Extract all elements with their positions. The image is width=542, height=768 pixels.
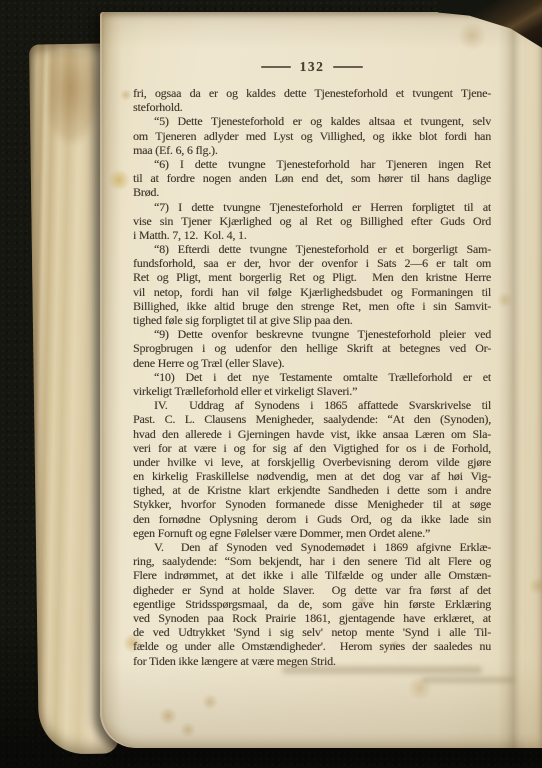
text-line: vil netop, fordi han vil følge Kjærlighe… bbox=[133, 285, 491, 299]
text-line: egentlige Stridsspørgsmaal, da de, som g… bbox=[133, 597, 491, 611]
page-number: 132 bbox=[300, 59, 325, 75]
text-line: veri for at være i og for sig af den Vig… bbox=[133, 441, 491, 455]
page-header: 132 bbox=[133, 58, 491, 76]
text-line: vise sin Tjener Kjærlighed og al Ret og … bbox=[133, 214, 491, 228]
text-line: “10) Det i det nye Testamente omtalte Tr… bbox=[133, 370, 491, 384]
text-line: Sprogbrugen i og udenfor den hellige Skr… bbox=[133, 341, 491, 355]
text-line: fælde og under alle Omstændigheder'. Her… bbox=[133, 639, 491, 653]
text-line: de ved Udtrykket 'Synd i sig selv' netop… bbox=[133, 625, 491, 639]
page-fold-shadow bbox=[498, 12, 526, 748]
page-text: fri, ogsaa da er og kaldes dette Tjenest… bbox=[133, 86, 491, 668]
text-line: tighed føle sig forpligtet til at give S… bbox=[133, 313, 491, 327]
text-line: “5) Dette Tjenesteforhold er og kaldes a… bbox=[133, 114, 491, 128]
text-line: Billighed, ikke altid bruge den strenge … bbox=[133, 299, 491, 313]
book-page: 132 fri, ogsaa da er og kaldes dette Tje… bbox=[100, 12, 542, 748]
text-line: ring, saalydende: “Som bekjendt, har i d… bbox=[133, 554, 491, 568]
text-line: til at fordre nogen anden Løn end det, s… bbox=[133, 171, 491, 185]
text-line: om Tjeneren adlyder med Lyst og Villighe… bbox=[133, 129, 491, 143]
text-line: digheder er Synd at holde Slaver. Og det… bbox=[133, 583, 491, 597]
text-line: “7) I dette tvungne Tjenesteforhold er H… bbox=[133, 200, 491, 214]
text-line: ved Synoden paa Rock Prairie 1861, gjent… bbox=[133, 611, 491, 625]
text-line: Past. C. L. Clausens Menigheder, saalyde… bbox=[133, 412, 491, 426]
text-line: Brød. bbox=[133, 185, 491, 199]
text-line: egen Fornuft og egne Følelser være Domme… bbox=[133, 526, 491, 540]
paper-stain-smear bbox=[48, 52, 100, 144]
text-line: “9) Dette ovenfor beskrevne tvungne Tjen… bbox=[133, 327, 491, 341]
text-line: steforhold. bbox=[133, 100, 491, 114]
book-photograph: { "document": { "type": "scanned-book-pa… bbox=[0, 0, 542, 768]
text-line: V. Den af Synoden ved Synodemødet i 1869… bbox=[133, 540, 491, 554]
text-line: fri, ogsaa da er og kaldes dette Tjenest… bbox=[133, 86, 491, 100]
header-rule-right bbox=[333, 66, 363, 68]
text-line: en kirkelig Fraskillelse nødvendig, men … bbox=[133, 469, 491, 483]
text-line: Flere indrømmet, at det ikke i alle Tilf… bbox=[133, 568, 491, 582]
text-line: “6) I dette tvungne Tjenesteforhold har … bbox=[133, 157, 491, 171]
text-line: den fornødne Oplysning derom i Guds Ord,… bbox=[133, 512, 491, 526]
text-line: hvad den allerede i Gjerningen havde vis… bbox=[133, 427, 491, 441]
text-line: Ret og Pligt, ment borgerlig Ret og Plig… bbox=[133, 270, 491, 284]
text-line: under hvilke vi leve, at forskjellig Ove… bbox=[133, 455, 491, 469]
text-line: Stykker, hvorfor Synoden formanede disse… bbox=[133, 497, 491, 511]
text-line: i Matth. 7, 12. Kol. 4, 1. bbox=[133, 228, 491, 242]
header-rule-left bbox=[261, 66, 291, 68]
text-line: tighed, at de Kristne klart erkjendte Sa… bbox=[133, 483, 491, 497]
adjacent-page-edge bbox=[524, 12, 542, 748]
text-line: virkeligt Trælleforhold eller et virkeli… bbox=[133, 384, 491, 398]
text-line: maa (Ef. 6, 6 flg.). bbox=[133, 143, 491, 157]
text-line: IV. Uddrag af Synodens i 1865 affattede … bbox=[133, 398, 491, 412]
ink-bleed-through bbox=[282, 666, 482, 674]
text-line: “8) Efterdi dette tvungne Tjenesteforhol… bbox=[133, 242, 491, 256]
ink-bleed-through bbox=[422, 677, 514, 683]
text-line: dene Herre og Træl (eller Slave). bbox=[133, 356, 491, 370]
text-line: fundsforhold, saa er der, hvor der ovenf… bbox=[133, 256, 491, 270]
